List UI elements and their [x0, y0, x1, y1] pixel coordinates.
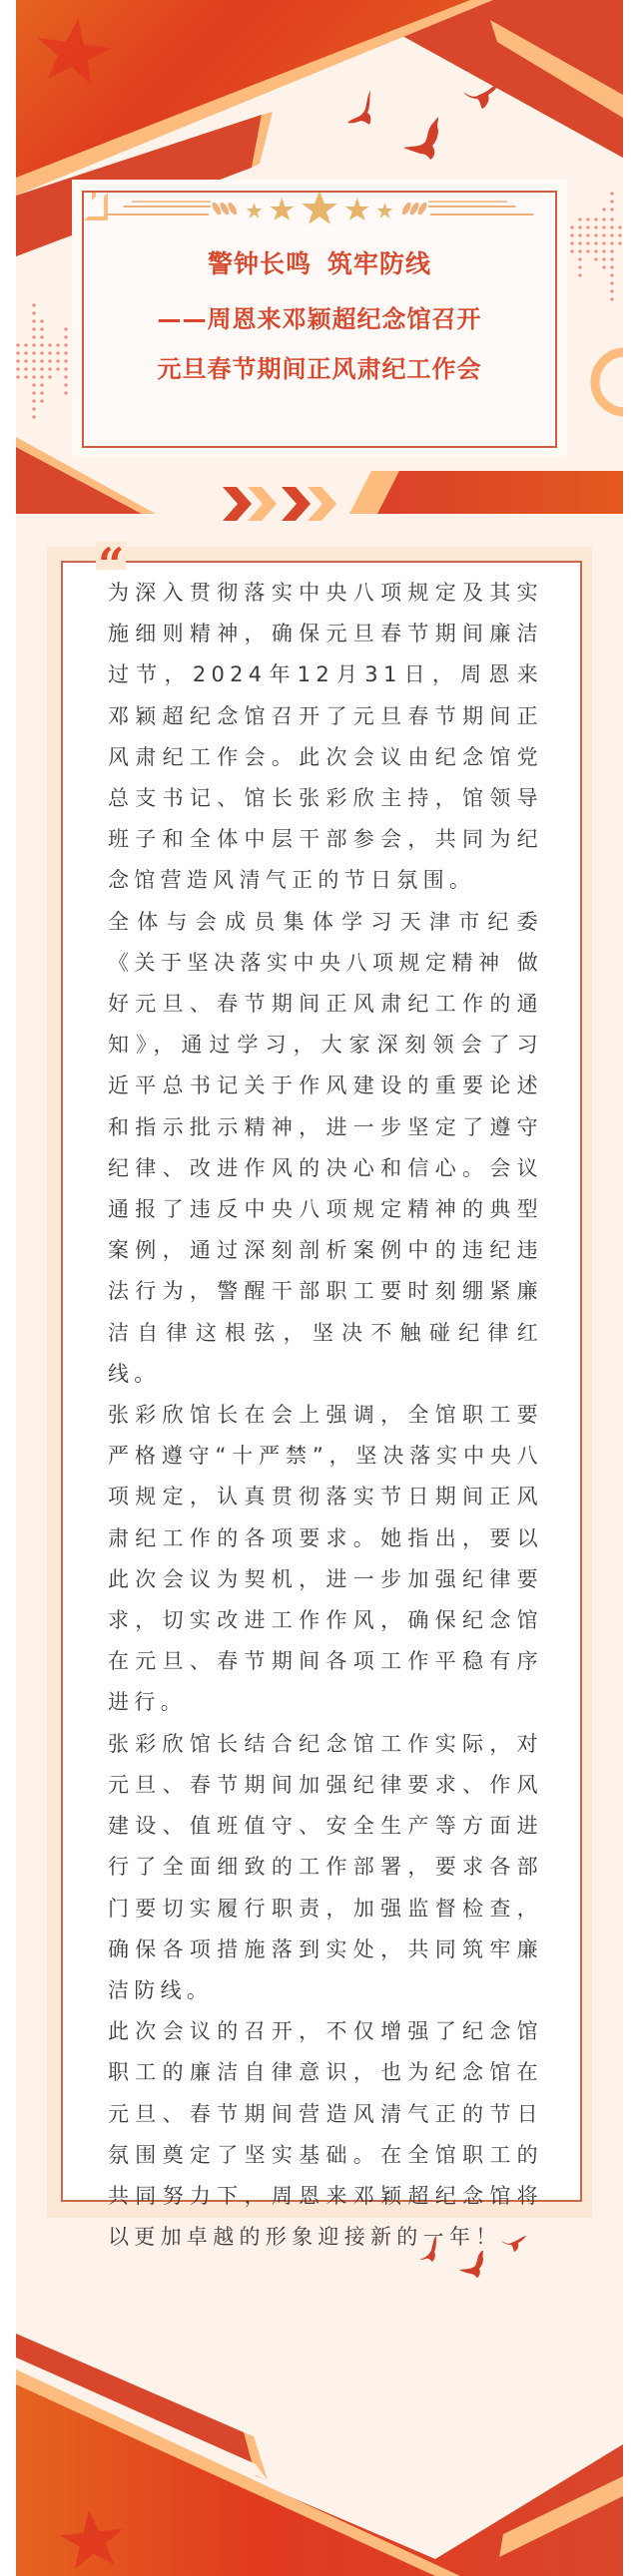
title-part-2: 筑牢防线 [327, 249, 431, 278]
gold-star-icon [247, 193, 393, 224]
decorative-ring [595, 352, 623, 412]
title-ornament [84, 193, 555, 232]
corner-mark-bottom-right [84, 193, 110, 222]
chevron-arrow-icon [223, 487, 336, 521]
dove-icon [419, 2236, 526, 2278]
paragraph-1: 为深入贯彻落实中央八项规定及其实施细则精神，确保元旦春节期间廉洁过节，2024年… [108, 573, 543, 902]
dot-matrix-left [16, 303, 67, 418]
footer-background-graphic [16, 2215, 623, 2576]
paragraph-3: 张彩欣馆长在会上强调，全馆职工要严格遵守“十严禁”，坚决落实中央八项规定，认真贯… [108, 1395, 543, 1724]
title-line-1: 警钟长鸣筑牢防线 [84, 244, 555, 280]
paragraph-4: 张彩欣馆长结合纪念馆工作实际，对元旦、春节期间加强纪律要求、作风建设、值班值守、… [108, 1724, 543, 2011]
header-banner: 警钟长鸣筑牢防线 ——周恩来邓颖超纪念馆召开 元旦春节期间正风肃纪工作会 [16, 0, 623, 539]
article-page: 警钟长鸣筑牢防线 ——周恩来邓颖超纪念馆召开 元旦春节期间正风肃纪工作会 “ 为… [16, 0, 623, 2576]
title-part-1: 警钟长鸣 [208, 249, 312, 278]
paragraph-2: 全体与会成员集体学习天津市纪委《关于坚决落实中央八项规定精神 做好元旦、春节期间… [108, 902, 543, 1395]
article-body: 为深入贯彻落实中央八项规定及其实施细则精神，确保元旦春节期间廉洁过节，2024年… [108, 573, 543, 2258]
dot-matrix-right [570, 192, 621, 300]
title-line-3: 元旦春节期间正风肃纪工作会 [84, 349, 555, 384]
quote-mark-icon: “ [96, 542, 126, 570]
footer-banner [16, 2215, 623, 2576]
title-card: 警钟长鸣筑牢防线 ——周恩来邓颖超纪念馆召开 元旦春节期间正风肃纪工作会 [82, 191, 557, 448]
title-line-2: ——周恩来邓颖超纪念馆召开 [84, 299, 555, 334]
dove-icon [347, 85, 498, 160]
